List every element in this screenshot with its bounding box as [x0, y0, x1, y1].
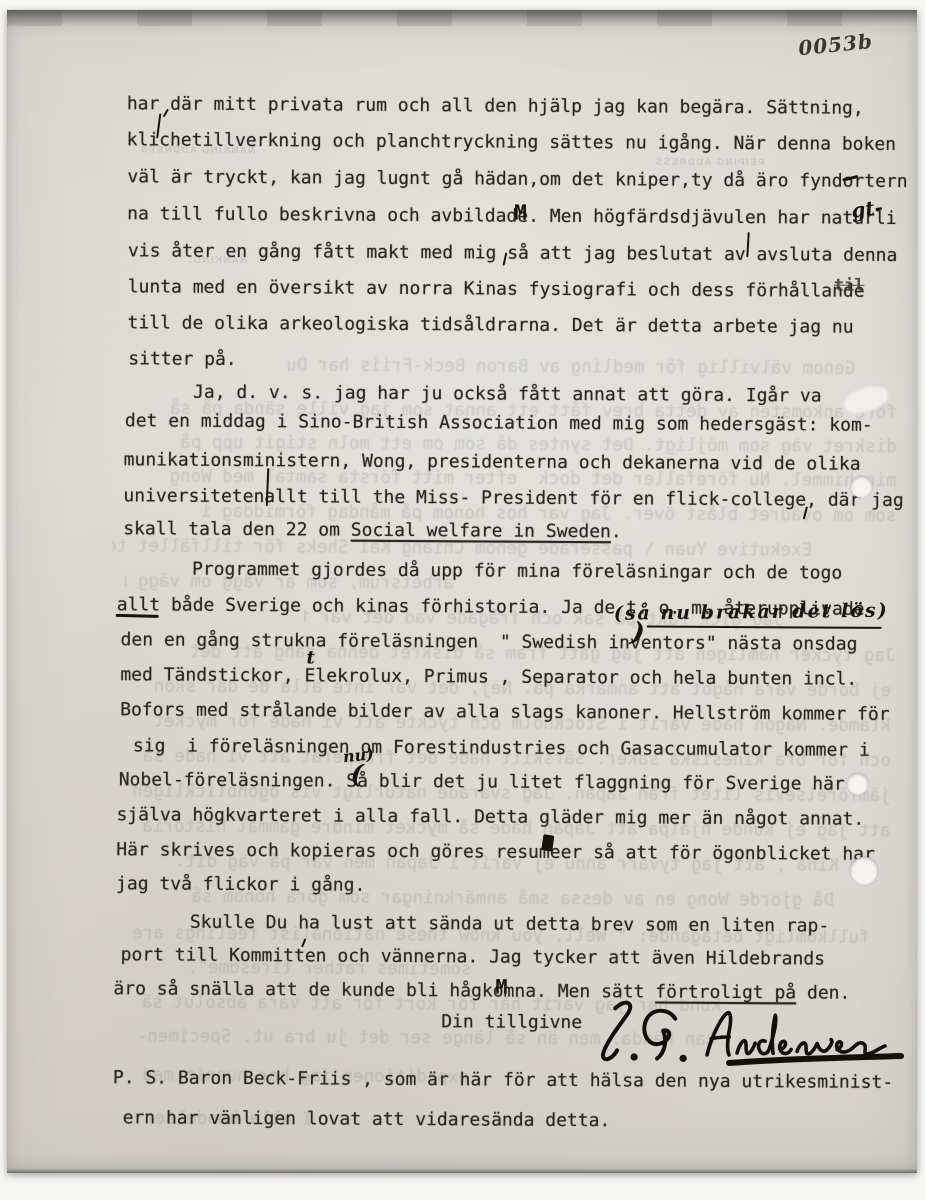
typed-line: sitter på.	[128, 349, 236, 369]
typed-line: har där mitt privata rum och all den hjä…	[127, 94, 864, 118]
typed-line: port till Kommitten och vännerna. Jag ty…	[121, 945, 826, 969]
signature	[579, 996, 909, 1073]
typed-line: lunta med en översikt av norra Kinas fys…	[128, 277, 865, 301]
typed-line: med Tändstickor, Elekrolux, Primus , Sep…	[120, 665, 857, 689]
typed-line: sig i föreläsningen om Forestindustries …	[133, 736, 870, 760]
page-content: Genom välvillig för medling av Baron Bec…	[0, 10, 917, 1179]
archive-number: 0053b	[797, 29, 874, 60]
overtyped-M-men: M	[514, 201, 527, 225]
typed-line: väl är tryckt, kan jag lugnt gå hädan,om…	[127, 167, 907, 192]
t-insert-elektrolux: t	[306, 647, 314, 668]
typed-line: skall tala den 22 om Social welfare in S…	[123, 519, 622, 542]
typed-text: lunta med en översikt av norra Kinas fys…	[128, 276, 865, 302]
margin-note: (så nu brakar det lös)	[614, 600, 889, 625]
typed-text: sitter på.	[128, 348, 237, 370]
typed-line: till de olika arkeologiska tidsåldrarna.…	[127, 313, 853, 337]
typed-text: Nobel-föreläsningen. Så blir det ju lite…	[119, 769, 845, 794]
hole-punch	[850, 857, 878, 885]
typed-text: väl är tryckt, kan jag lugnt gå hädan,om…	[127, 166, 907, 192]
bleedthrough-layer: Genom välvillig för medling av Baron Bec…	[7, 10, 917, 16]
typed-line: munikationsministern, Wong, presidentern…	[124, 450, 861, 474]
typed-text: den en gång strukna föreläsningen " Swed…	[121, 629, 858, 655]
typed-text: Programmet gjordes då upp för mina förel…	[192, 559, 842, 584]
typed-text: Skulle Du ha lust att sända ut detta bre…	[190, 912, 830, 937]
typed-line: den en gång strukna föreläsningen " Swed…	[121, 630, 858, 654]
typed-line: jag två flickor i gång.	[116, 874, 365, 895]
typed-line: na till fullo beskrivna och avbildade. M…	[127, 204, 897, 228]
paren-before-blir: (	[350, 759, 365, 790]
typed-line: Skulle Du ha lust att sända ut detta bre…	[190, 913, 829, 937]
hole-punch	[850, 476, 872, 498]
underlined-phrase: Social welfare in Sweden	[351, 520, 611, 543]
typed-text: skall tala den 22 om	[123, 518, 351, 540]
typed-line: ern har vänligen lovat att vidaresända d…	[123, 1108, 611, 1131]
typed-line: Ja, d. v. s. jag har ju också fått annat…	[193, 383, 822, 407]
naturligt-correction: gt-	[850, 195, 884, 223]
letter-page: Genom välvillig för medling av Baron Bec…	[7, 10, 917, 1173]
typed-text: äro så snälla att de kunde bli hågkomna.…	[113, 978, 655, 1002]
bleedthrough-letterhead: PEIPING ADDRESS	[654, 157, 764, 169]
typed-text: med Tändstickor, Elekrolux, Primus , Sep…	[120, 664, 857, 690]
typed-line: Nobel-föreläsningen. Så blir det ju lite…	[119, 770, 845, 794]
typed-text: sig i föreläsningen om Forestindustries …	[133, 735, 870, 761]
typed-text-layer: har där mitt privata rum och all den hjä…	[7, 10, 917, 16]
struck-til: til	[834, 276, 865, 296]
bleedthrough-line: Genom välvillig för medling av Baron Bec…	[155, 354, 855, 380]
underline-allt	[116, 614, 159, 618]
resume-overstrike	[541, 834, 554, 851]
typed-text: port till Kommitten och vännerna. Jag ty…	[121, 944, 826, 969]
handwritten-annotations-layer: 0053bMgt-til(så nu brakar det lös))tnu)(…	[7, 10, 917, 16]
hole-punches	[7, 10, 917, 16]
overtyped-M-satt: M	[495, 975, 507, 999]
hole-punch	[847, 773, 869, 795]
typed-text: .	[611, 521, 622, 542]
typed-text: na till fullo beskrivna och avbildade. M…	[127, 203, 897, 229]
typed-text: jag två flickor i gång.	[116, 873, 365, 896]
typed-text: munikationsministern, Wong, presidentern…	[124, 449, 861, 475]
typed-line: Din tillgivne	[441, 1012, 582, 1033]
typed-text: ern har vänligen lovat att vidaresända d…	[123, 1107, 611, 1131]
typed-text: har där mitt privata rum och all den hjä…	[127, 93, 864, 119]
typed-text: Ja, d. v. s. jag har ju också fått annat…	[193, 382, 822, 407]
typed-text: Din tillgivne	[441, 1011, 582, 1033]
typed-line: Programmet gjordes då upp för mina förel…	[192, 560, 842, 584]
typed-text: till de olika arkeologiska tidsåldrarna.…	[127, 312, 853, 337]
